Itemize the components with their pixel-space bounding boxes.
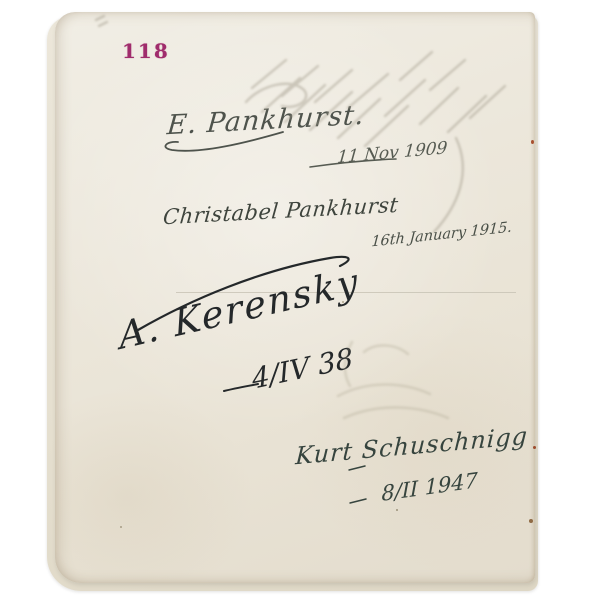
signature-christabel-pankhurst: Christabel Pankhurst	[162, 193, 399, 229]
signature-kurt-schuschnigg: Kurt Schuschnigg	[295, 422, 529, 471]
signature-date-christabel-pankhurst: 16th January 1915.	[371, 220, 513, 251]
signature-date-kurt-schuschnigg: 8/II 1947	[381, 468, 477, 506]
signature-date-e-pankhurst: 11 Nov 1909	[336, 138, 448, 168]
page-number-stamp: 118	[122, 39, 170, 63]
photo-background: 118 E. Pankhurst. 11 Nov 1909 Christabel…	[0, 0, 600, 600]
signature-e-pankhurst: E. Pankhurst.	[166, 100, 366, 142]
signature-date-a-kerensky: 4/IV 38	[250, 341, 354, 395]
album-page: 118 E. Pankhurst. 11 Nov 1909 Christabel…	[55, 12, 535, 583]
signature-a-kerensky: A. Kerensky	[116, 260, 361, 358]
